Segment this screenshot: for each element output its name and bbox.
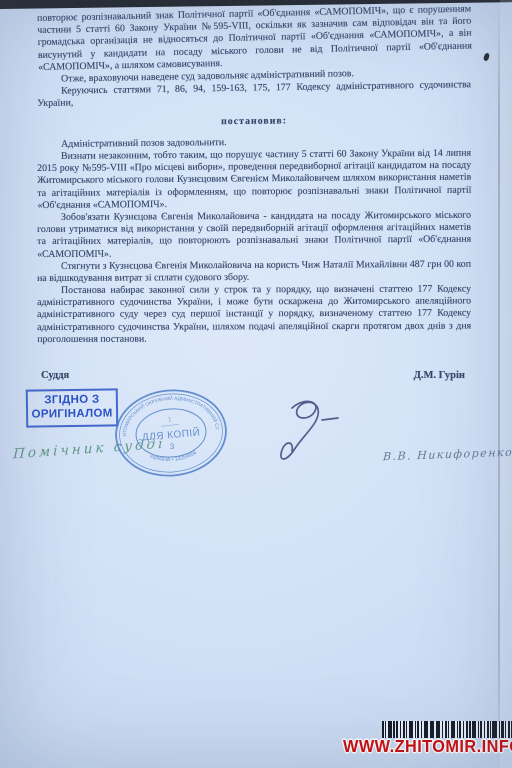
watermark: WWW.ZHITOMIR.INFO (343, 736, 512, 757)
judge-signature (262, 396, 342, 476)
signature-row: Суддя Д.М. Гурін (37, 370, 471, 382)
document-text: повторює розпізнавальний знак Політичної… (37, 13, 471, 382)
round-court-stamp: ЖИТОМИРСЬКИЙ ОКРУЖНИЙ АДМІНІСТРАТИВНИЙ С… (112, 386, 230, 480)
round-stamp-handwritten-number: 1 (167, 416, 172, 424)
paragraph: Стягнути з Кузнєцова Євгенія Миколайович… (37, 259, 471, 286)
paper-fold-line (498, 0, 500, 768)
round-stamp-center-number: 3 (170, 442, 176, 451)
certified-copy-stamp-line2: ОРИГІНАЛОМ (30, 407, 114, 422)
round-stamp-center-text: ДЛЯ КОПІЙ (141, 425, 200, 443)
paragraph: Зобов'язати Кузнєцова Євгенія Миколайови… (37, 210, 471, 261)
judge-name: Д.М. Гурін (414, 370, 465, 382)
resolution-heading: постановив: (37, 113, 471, 130)
paragraph-continued: повторює розпізнавальний знак Політичної… (37, 4, 472, 74)
paragraph: Постанова набирає законної сили у строк … (37, 284, 471, 347)
certified-copy-stamp-line1: ЗГІДНО З (30, 393, 114, 408)
paragraph: Визнати незаконним, тобто таким, що пору… (37, 148, 471, 212)
certified-copy-stamp: ЗГІДНО З ОРИГІНАЛОМ (26, 388, 119, 427)
paper-edge-highlight (500, 0, 512, 768)
judge-label: Суддя (41, 370, 69, 382)
paragraph: Керуючись статтями 71, 86, 94, 159-163, … (37, 79, 471, 110)
